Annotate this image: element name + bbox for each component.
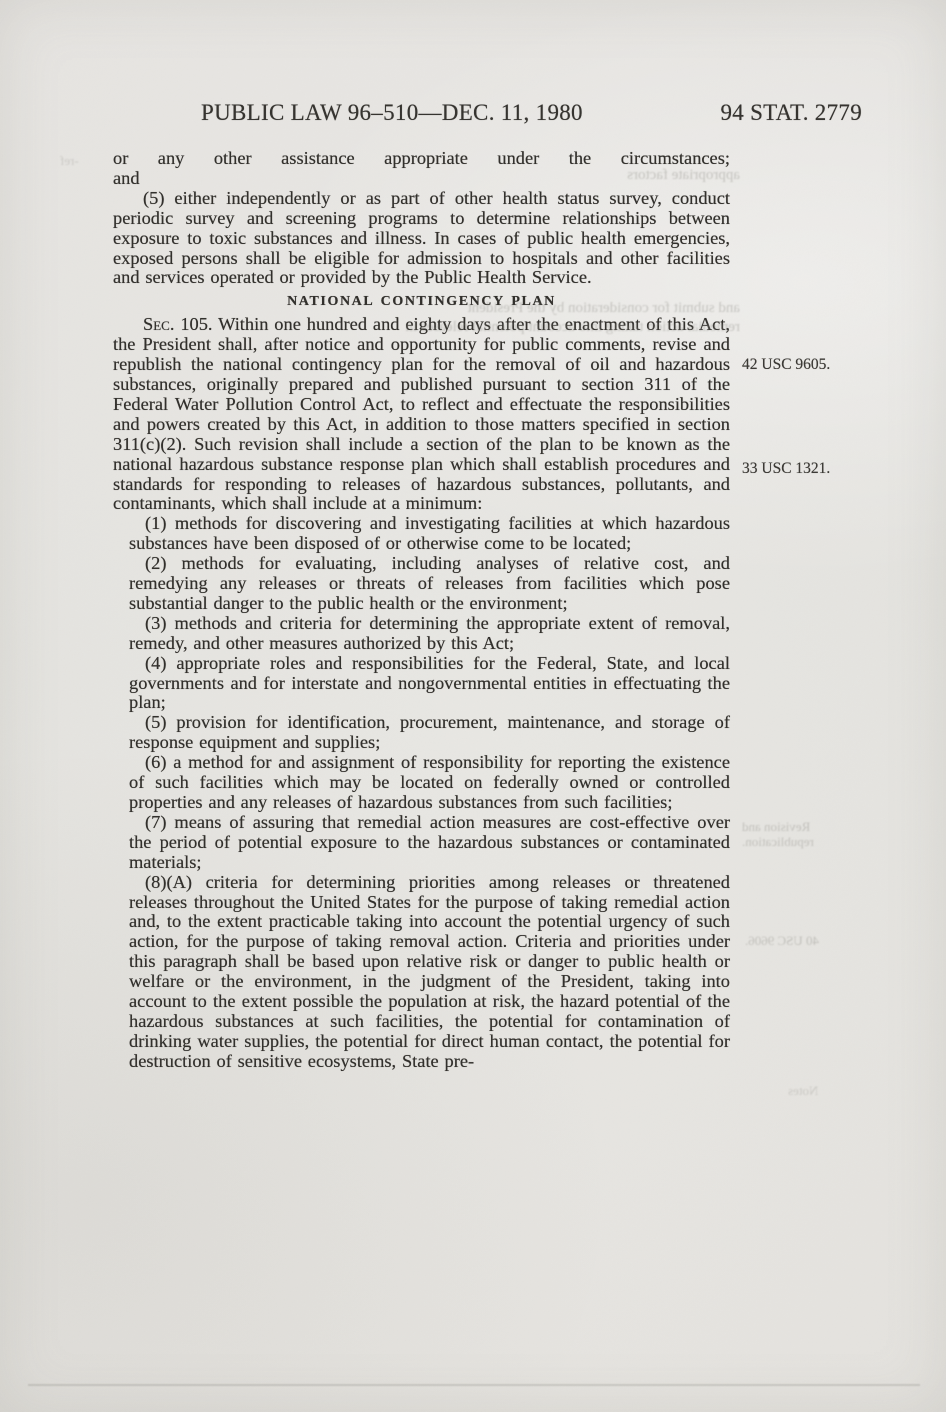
clause-5: (5) provision for identification, procur…: [129, 713, 730, 753]
continuation-line: or any other assistance appropriate unde…: [113, 149, 730, 169]
scanned-statute-page: PUBLIC LAW 96–510—DEC. 11, 1980 94 STAT.…: [0, 0, 946, 1412]
ghost-text: 40 USC 9606.: [745, 932, 819, 949]
page-header-law-title: PUBLIC LAW 96–510—DEC. 11, 1980: [201, 100, 583, 126]
continuation-paragraph: or any other assistance appropriate unde…: [113, 149, 730, 189]
ghost-text: republication.: [742, 833, 814, 850]
sec-105-paragraph: Sec. 105. Within one hundred and eighty …: [113, 315, 730, 514]
sec-105-label: Sec. 105.: [143, 314, 213, 334]
sec-105-body: Within one hundred and eighty days after…: [113, 314, 730, 513]
page-header-stat-citation: 94 STAT. 2779: [720, 100, 862, 126]
ghost-text: -ref: [60, 152, 79, 169]
margin-note-42-usc-9605: 42 USC 9605.: [742, 356, 830, 374]
continuation-line-and: and: [113, 169, 730, 189]
clause-7: (7) means of assuring that remedial acti…: [129, 813, 730, 873]
scan-artifact-line: [28, 1384, 920, 1386]
clause-6: (6) a method for and assignment of respo…: [129, 753, 730, 813]
clause-8a: (8)(A) criteria for determining prioriti…: [129, 873, 730, 1072]
ghost-text: Notes: [788, 1082, 818, 1099]
section-heading: NATIONAL CONTINGENCY PLAN: [113, 292, 730, 312]
clause-2: (2) methods for evaluating, including an…: [129, 554, 730, 614]
ghost-text: Revision and: [742, 818, 810, 835]
margin-note-33-usc-1321: 33 USC 1321.: [742, 460, 830, 478]
health-status-item-5: (5) either independently or as part of o…: [113, 189, 730, 289]
clause-4: (4) appropriate roles and responsibiliti…: [129, 654, 730, 714]
statute-text-column: or any other assistance appropriate unde…: [113, 149, 730, 1072]
clause-1: (1) methods for discovering and investig…: [129, 514, 730, 554]
clause-3: (3) methods and criteria for determining…: [129, 614, 730, 654]
